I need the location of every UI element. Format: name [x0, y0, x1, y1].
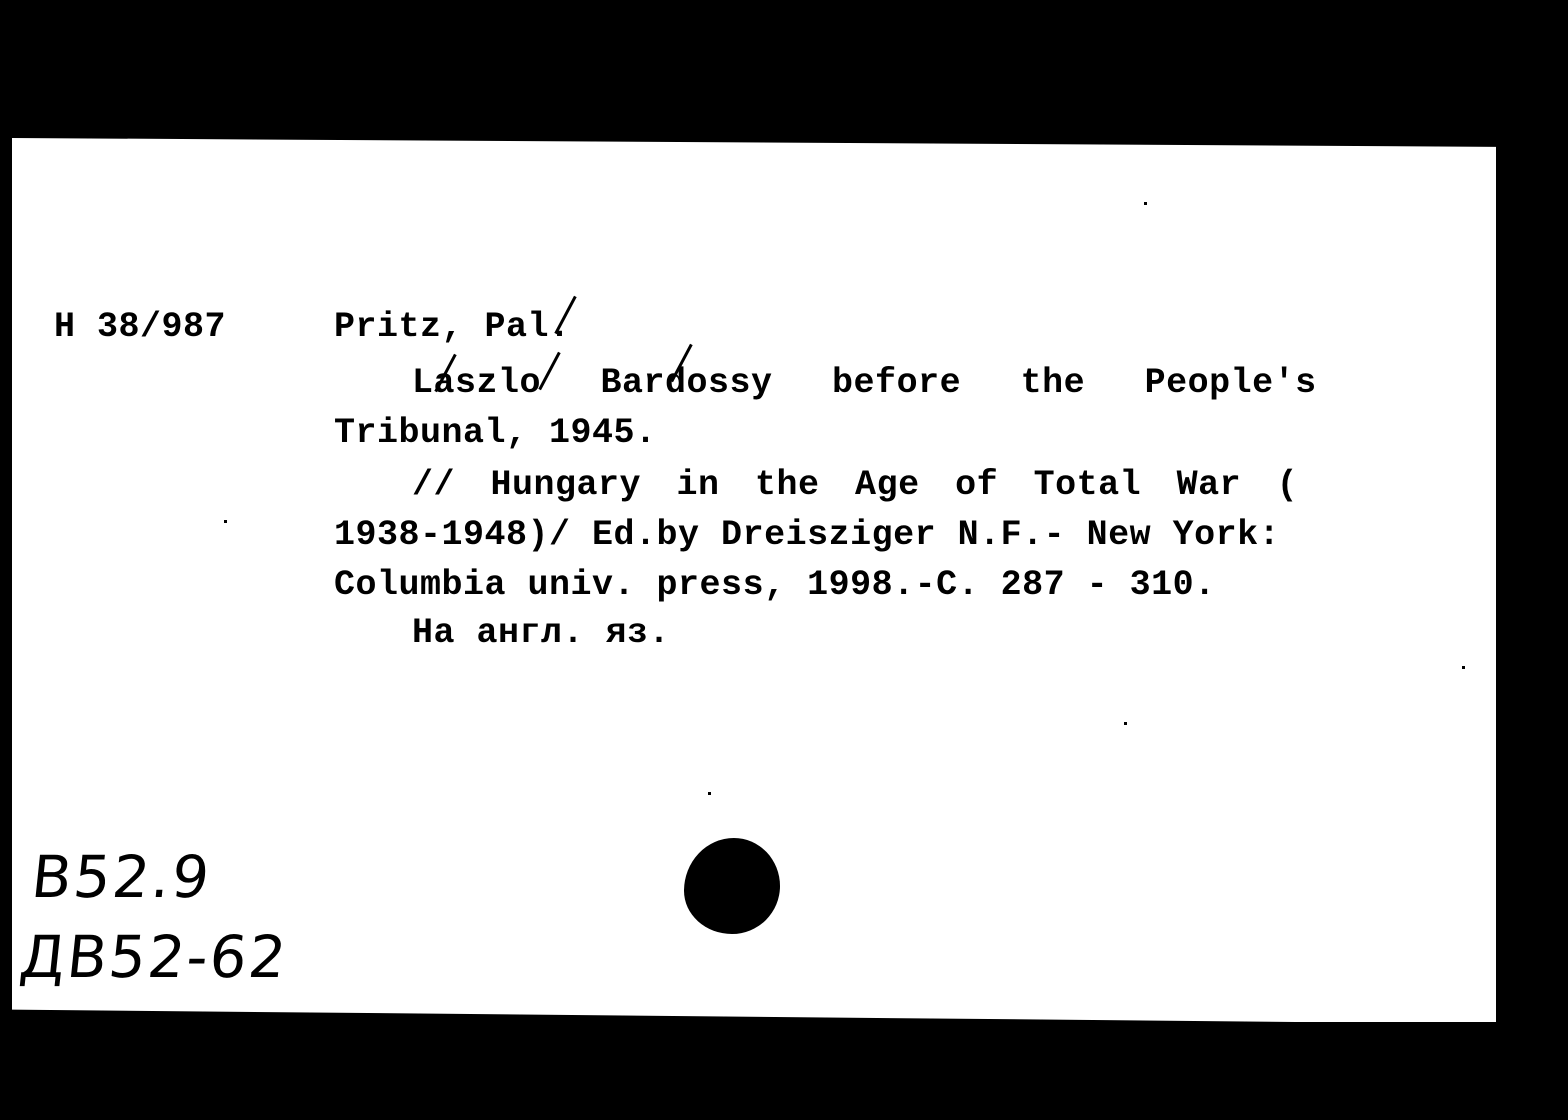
speck — [708, 792, 711, 795]
series-line-3: Columbia univ. press, 1998.-C. 287 - 310… — [334, 568, 1216, 603]
speck — [1144, 202, 1147, 205]
title-line-2: Tribunal, 1945. — [334, 416, 657, 451]
speck — [224, 520, 227, 523]
series-line-2: 1938-1948)/ Ed.by Dreisziger N.F.- New Y… — [334, 518, 1280, 553]
author-name: Pritz, Pal. — [334, 310, 571, 345]
handwritten-code-2: ДB52-62 — [17, 928, 291, 986]
handwritten-code-1: B52.9 — [29, 848, 214, 906]
catalog-card: H 38/987 Pritz, Pal. Laszlo Bardossy bef… — [12, 138, 1496, 1022]
punch-hole — [684, 838, 780, 934]
speck — [1124, 722, 1127, 725]
call-number: H 38/987 — [54, 310, 226, 345]
language-note: На англ. яз. — [412, 616, 670, 651]
series-line-1: // Hungary in the Age of Total War ( — [412, 468, 1298, 503]
speck — [1462, 666, 1465, 669]
